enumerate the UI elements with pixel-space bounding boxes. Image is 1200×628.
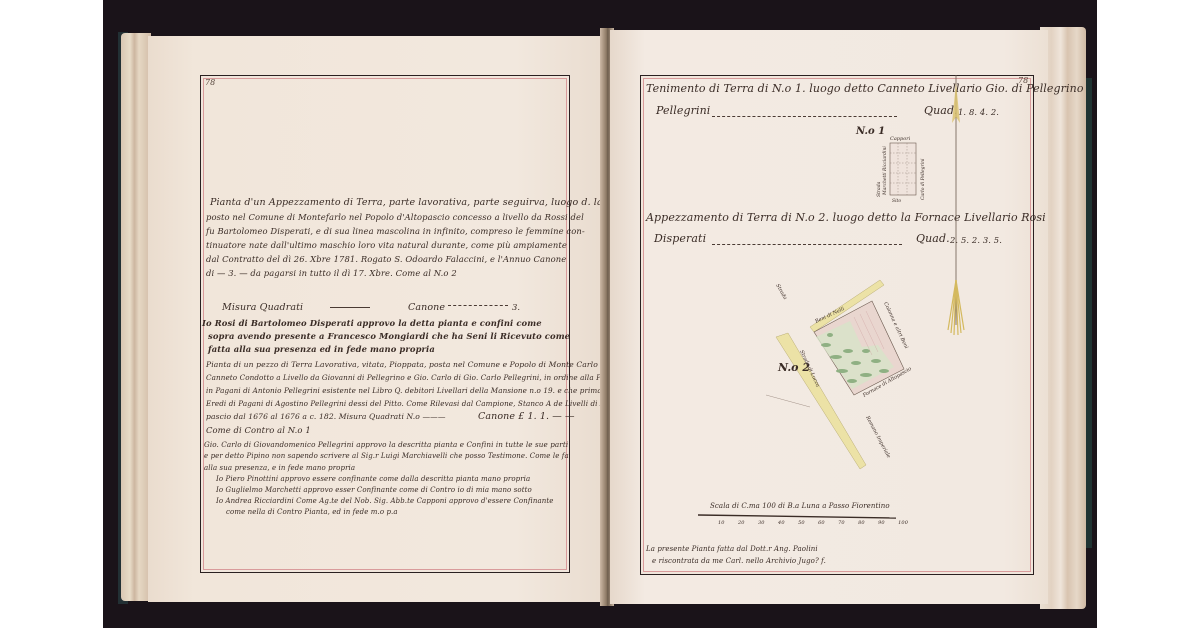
text-line: Eredi di Pagani di Agostino Pellegrini d… xyxy=(206,399,618,408)
scale-tick: 30 xyxy=(758,520,765,530)
footer-note-line: La presente Pianta fatta dal Dott.r Ang.… xyxy=(646,545,818,553)
text-line: Io Rosi di Bartolomeo Disperati approvo … xyxy=(202,318,542,328)
text-line: fu Bartolomeo Disperati, e di sua linea … xyxy=(206,226,585,236)
scale-tick: 90 xyxy=(878,520,885,530)
struck-value xyxy=(330,301,370,308)
text-line: Pianta di un pezzo di Terra Lavorativa, … xyxy=(206,360,655,369)
scale-tick: 10 xyxy=(718,520,725,530)
text-line: in Pagani di Antonio Pellegrini esistent… xyxy=(206,386,649,395)
canone-label: Canone xyxy=(408,302,445,313)
canone-value: 3. xyxy=(512,302,520,312)
canone-2: Canone £ 1. 1. — — xyxy=(478,411,575,422)
text-line: e per detto Pipino non sapendo scrivere … xyxy=(204,452,569,460)
text-line: Canneto Condotto a Livello da Giovanni d… xyxy=(206,373,655,382)
compass-north-arrow-icon xyxy=(952,83,960,123)
svg-text:Sito: Sito xyxy=(892,198,901,204)
parcel-1-drawing xyxy=(890,143,916,195)
svg-text:Strada: Strada xyxy=(774,283,788,301)
page-edges-left xyxy=(121,33,151,601)
text-line: posto nel Comune di Montefarlo nel Popol… xyxy=(206,212,584,222)
scale-tick: 20 xyxy=(738,520,745,530)
cadastral-map: N.o 1 Cappori Sito Marchetti Ricciardini… xyxy=(640,75,1032,573)
svg-text:Marchetti Ricciardini: Marchetti Ricciardini xyxy=(882,146,888,196)
scale-label: Scala di C.ma 100 di B.a Luna a Passo Fi… xyxy=(710,502,890,510)
scale-tick: 50 xyxy=(798,520,805,530)
text-line: pascio dal 1676 al 1676 a c. 182. Misura… xyxy=(206,412,446,421)
text-line: tinuatore nate dall'ultimo maschio loro … xyxy=(206,240,567,250)
text-line: fatta alla sua presenza ed in fede mano … xyxy=(208,344,435,354)
scale-tick: 80 xyxy=(858,520,865,530)
svg-text:Romano Imperiale: Romano Imperiale xyxy=(864,414,892,459)
text-line: alla sua presenza, e in fede mano propri… xyxy=(204,464,355,472)
text-line: dal Contratto del dì 26. Xbre 1781. Roga… xyxy=(206,254,566,264)
signature-line: Io Piero Pinottini approvo essere confin… xyxy=(216,475,530,483)
scale-tick: 40 xyxy=(778,520,785,530)
signature-line: come nella di Contro Pianta, ed in fede … xyxy=(226,508,398,516)
parcel-1-map-label: N.o 1 xyxy=(855,126,885,137)
dash-leader xyxy=(448,305,508,306)
signature-line: Io Guglielmo Marchetti approvo esser Con… xyxy=(216,486,532,494)
scale-tick: 100 xyxy=(898,520,908,530)
svg-text:Carlo di Pellegrini: Carlo di Pellegrini xyxy=(920,158,926,200)
scale-ticks: 10 20 30 40 50 60 70 80 90 100 xyxy=(718,520,908,530)
svg-text:Cappori: Cappori xyxy=(890,136,911,142)
scale-tick: 70 xyxy=(838,520,845,530)
left-page-number: 78 xyxy=(205,78,215,87)
svg-text:Strada: Strada xyxy=(876,181,882,197)
signature-line: Io Andrea Ricciardini Come Ag.te del Nob… xyxy=(216,497,554,505)
text-line: sopra avendo presente a Francesco Mongia… xyxy=(208,331,570,341)
text-line: Gio. Carlo di Giovandomenico Pellegrini … xyxy=(204,440,568,449)
scale-bar xyxy=(698,515,896,518)
scale-tick: 60 xyxy=(818,520,825,530)
text-line: Pianta d'un Appezzamento di Terra, parte… xyxy=(210,197,646,208)
come-line: Come di Contro al N.o 1 xyxy=(206,425,311,435)
text-line: di — 3. — da pagarsi in tutto il dì 17. … xyxy=(206,268,457,278)
measure-label: Misura Quadrati xyxy=(222,302,303,313)
footer-note-line: e riscontrata da me Carl. nello Archivio… xyxy=(652,557,826,565)
